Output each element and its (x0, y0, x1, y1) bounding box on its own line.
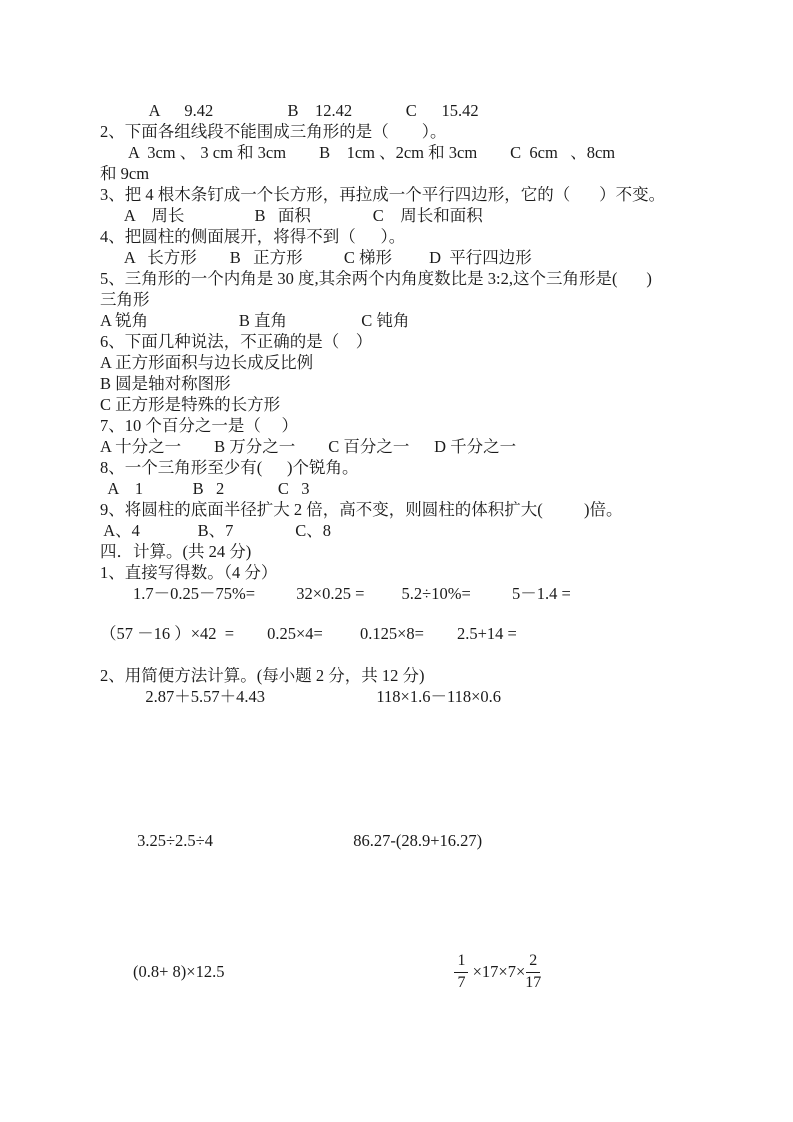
q4-stem: 4、把圆柱的侧面展开，将得不到（ ）。 (100, 226, 753, 247)
expression-left: (0.8+ 8)×12.5 (100, 962, 224, 982)
q1-options: A 9.42 B 12.42 C 15.42 (100, 100, 753, 121)
expression-middle: ×17×7× (468, 962, 525, 982)
q6-option-a: A 正方形面积与边长成反比例 (100, 352, 753, 373)
q7-stem: 7、10 个百分之一是（ ） (100, 415, 753, 436)
q5-stem-wrap: 三角形 (100, 289, 753, 310)
calc-direct-row-2: （57 －16 ）×42 = 0.25×4= 0.125×8= 2.5+14 = (100, 623, 753, 644)
test-paper-page: A 9.42 B 12.42 C 15.42 2、下面各组线段不能围成三角形的是… (0, 0, 793, 1122)
fraction-one-seventh: 1 7 (454, 952, 468, 992)
q5-stem: 5、三角形的一个内角是 30 度,其余两个内角度数比是 3:2,这个三角形是( … (100, 268, 753, 289)
q9-options: A、4 B、7 C、8 (100, 520, 753, 541)
q3-stem: 3、把 4 根木条钉成一个长方形，再拉成一个平行四边形，它的（ ）不变。 (100, 184, 753, 205)
calc-direct-heading: 1、直接写得数。（4 分） (100, 562, 753, 583)
calc-simplify-row-3: (0.8+ 8)×12.5 1 7 ×17×7× 2 17 (100, 948, 753, 996)
q9-stem: 9、将圆柱的底面半径扩大 2 倍，高不变，则圆柱的体积扩大( )倍。 (100, 499, 753, 520)
q2-options-wrap: 和 9cm (100, 163, 753, 184)
fraction-two-seventeenths: 2 17 (525, 952, 541, 992)
q8-stem: 8、一个三角形至少有( )个锐角。 (100, 457, 753, 478)
fraction-denominator: 7 (457, 973, 465, 992)
calc-simplify-row-1: 2.87＋5.57＋4.43 118×1.6－118×0.6 (100, 686, 753, 707)
column-spacer (224, 972, 454, 973)
q4-options: A 长方形 B 正方形 C 梯形 D 平行四边形 (100, 247, 753, 268)
calc-simplify-heading: 2、用简便方法计算。(每小题 2 分，共 12 分) (100, 665, 753, 686)
q3-options: A 周长 B 面积 C 周长和面积 (100, 205, 753, 226)
calc-simplify-row-2: 3.25÷2.5÷4 86.27-(28.9+16.27) (100, 830, 753, 851)
q2-stem: 2、下面各组线段不能围成三角形的是（ ）。 (100, 121, 753, 142)
section-4-heading: 四．计算。(共 24 分) (100, 541, 753, 562)
q6-option-c: C 正方形是特殊的长方形 (100, 394, 753, 415)
q2-options: A 3cm 、 3 cm 和 3cm B 1cm 、2cm 和 3cm C 6c… (100, 142, 753, 163)
q5-options: A 锐角 B 直角 C 钝角 (100, 310, 753, 331)
fraction-numerator: 1 (454, 952, 468, 972)
calc-direct-row-1: 1.7－0.25－75%= 32×0.25 = 5.2÷10%= 5－1.4 = (100, 583, 753, 604)
q8-options: A 1 B 2 C 3 (100, 478, 753, 499)
q6-option-b: B 圆是轴对称图形 (100, 373, 753, 394)
q6-stem: 6、下面几种说法，不正确的是（ ） (100, 331, 753, 352)
fraction-denominator: 17 (525, 973, 541, 992)
fraction-numerator: 2 (526, 952, 540, 972)
q7-options: A 十分之一 B 万分之一 C 百分之一 D 千分之一 (100, 436, 753, 457)
